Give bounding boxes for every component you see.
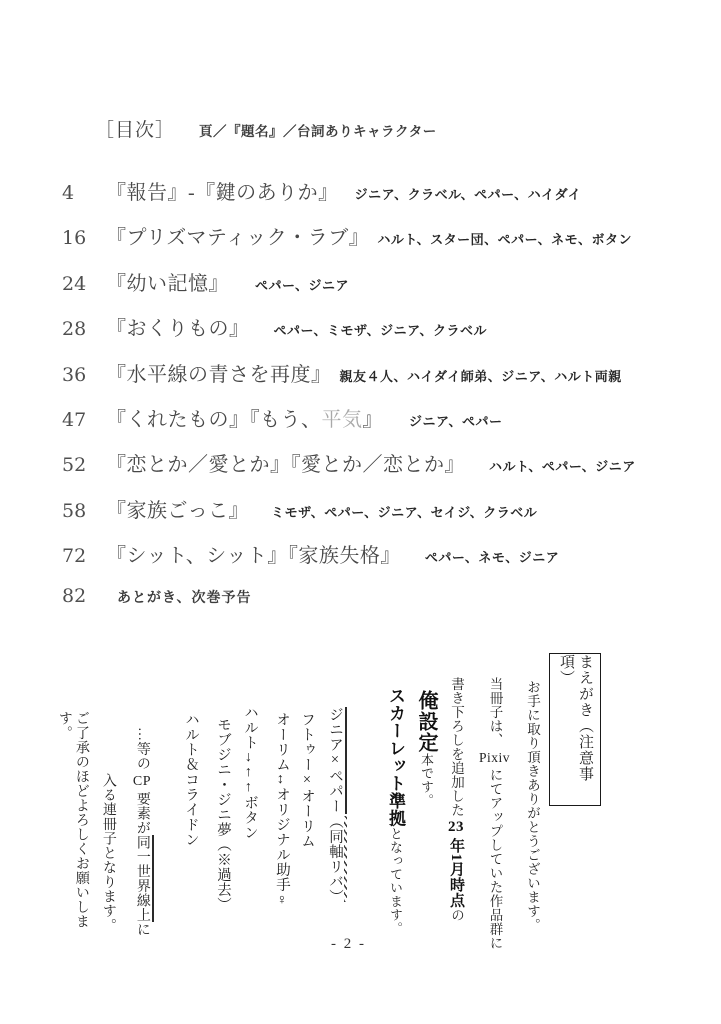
bold-canon: スカーレット準拠 [386, 687, 405, 827]
pairing-item: フトゥー×オーリム [298, 653, 316, 953]
story-title: 『恋とか／愛とか』『愛とか／恋とか』 [106, 448, 465, 477]
toc-row: 28 『おくりもの』 ペパー、ミモザ、ジニア、クラベル [62, 312, 701, 357]
story-title: 『幼い記憶』 [106, 267, 229, 296]
page-number: 36 [62, 364, 106, 386]
page-number: 47 [62, 409, 106, 431]
cast-list: ジニア、ペパー [409, 411, 502, 430]
page-number: 52 [62, 454, 106, 476]
pairing-item: ハルト＆コライドン [182, 653, 200, 953]
foreword-thanks: お手に取り頂きありがとうございます。 [524, 653, 541, 953]
muted-title-part: 平気 [322, 409, 363, 431]
page-number: 16 [62, 227, 106, 249]
foreword-note-line1: …等のCP要素が同一世界線上に [133, 653, 151, 953]
emphasis-solid-line: 同一世界線上 [135, 835, 150, 922]
page-number: 58 [62, 500, 106, 522]
cast-list: ペパー、ミモザ、ジニア、クラベル [274, 320, 488, 339]
document-page: ［目次］ 頁／『題名』／台詞ありキャラクター 4 『報告』-『鍵のありか』 ジニ… [0, 0, 721, 1024]
foreword-body-line2: 書き下ろしを追加した23年1月時点の [447, 653, 465, 953]
story-title: 『おくりもの』 [106, 312, 250, 341]
toc-row: 58 『家族ごっこ』 ミモザ、ペパー、ジニア、セイジ、クラベル [62, 494, 701, 539]
pairing-item: モブジニ・ジニ夢（※過去） [214, 653, 232, 953]
toc-title: ［目次］ [95, 120, 175, 142]
page-footer-number: - 2 - [0, 936, 697, 953]
emphasis-wavy-line: （同軸リバ） [327, 814, 343, 904]
story-title: 『シット、シット』『家族失格』 [106, 539, 401, 568]
cast-list: 親友４人、ハイダイ師弟、ジニア、ハルト両親 [340, 366, 622, 385]
page-number: 28 [62, 318, 106, 340]
pairing-item: ジニア×ペパー（同軸リバ） [326, 653, 344, 953]
emphasis-solid-line: ジニア×ペパー [327, 707, 343, 814]
toc-row: 72 『シット、シット』『家族失格』 ペパー、ネモ、ジニア [62, 539, 701, 584]
story-title: 『水平線の青さを再度』 [106, 358, 332, 387]
cast-list: ペパー、ネモ、ジニア [425, 547, 559, 566]
story-title: 『プリズマティック・ラブ』 [106, 221, 369, 250]
cast-list: ペパー、ジニア [255, 275, 349, 294]
cast-list: あとがき、次巻予告 [117, 587, 251, 607]
toc-row: 52 『恋とか／愛とか』『愛とか／恋とか』 ハルト、ペパー、ジニア [62, 448, 701, 493]
foreword-body-line1: 当冊子は、Pixivにてアップしていた作品群に [479, 653, 510, 953]
latin-word-cp: CP [133, 771, 151, 792]
pairing-item: オーリム↔オリジナル助手♀ [273, 653, 291, 953]
page-number: 72 [62, 545, 106, 567]
toc-row: 4 『報告』-『鍵のありか』 ジニア、クラベル、ペパー、ハイダイ [62, 176, 701, 221]
toc-subtitle: 頁／『題名』／台詞ありキャラクター [199, 121, 437, 143]
toc-header: ［目次］ 頁／『題名』／台詞ありキャラクター [62, 120, 701, 143]
cast-list: ミモザ、ペパー、ジニア、セイジ、クラベル [271, 502, 537, 521]
toc-row: 16 『プリズマティック・ラブ』 ハルト、スター団、ペパー、ネモ、ボタン [62, 221, 701, 266]
story-title: 『家族ごっこ』 [106, 494, 249, 523]
page-number: 24 [62, 273, 106, 295]
bold-setting: 俺設定 [415, 690, 437, 753]
pairing-item: ハルト→←←ボタン [241, 653, 259, 953]
foreword-canon-line: スカーレット準拠となっています。 [387, 653, 404, 953]
foreword-setting-line: 俺設定本です。 [417, 653, 435, 953]
toc-row: 82 あとがき、次巻予告 [62, 585, 701, 630]
foreword-section: まえがき（注意事項） お手に取り頂きありがとうございます。 当冊子は、Pixiv… [56, 653, 601, 953]
foreword-note-line2: 入る連冊子となります。 [100, 653, 117, 953]
page-number: 4 [62, 182, 106, 204]
toc-section: ［目次］ 頁／『題名』／台詞ありキャラクター 4 『報告』-『鍵のありか』 ジニ… [62, 120, 701, 630]
toc-row: 36 『水平線の青さを再度』 親友４人、ハイダイ師弟、ジニア、ハルト両親 [62, 358, 701, 403]
latin-word-pixiv: Pixiv [479, 747, 510, 768]
year-number: 23 [448, 817, 464, 838]
cast-list: ハルト、スター団、ペパー、ネモ、ボタン [377, 229, 632, 248]
cast-list: ハルト、ペパー、ジニア [489, 456, 636, 475]
story-title: 『くれたもの』『もう、平気』 [106, 403, 383, 432]
story-title: 『報告』-『鍵のありか』 [106, 176, 339, 205]
foreword-heading-box: まえがき（注意事項） [549, 653, 601, 806]
toc-row: 24 『幼い記憶』 ペパー、ジニア [62, 267, 701, 312]
foreword-closing: ご了承のほどよろしくお願いします。 [56, 653, 90, 953]
toc-row: 47 『くれたもの』『もう、平気』 ジニア、ペパー [62, 403, 701, 448]
cast-list: ジニア、クラベル、ペパー、ハイダイ [355, 184, 582, 203]
page-number: 82 [62, 585, 106, 607]
